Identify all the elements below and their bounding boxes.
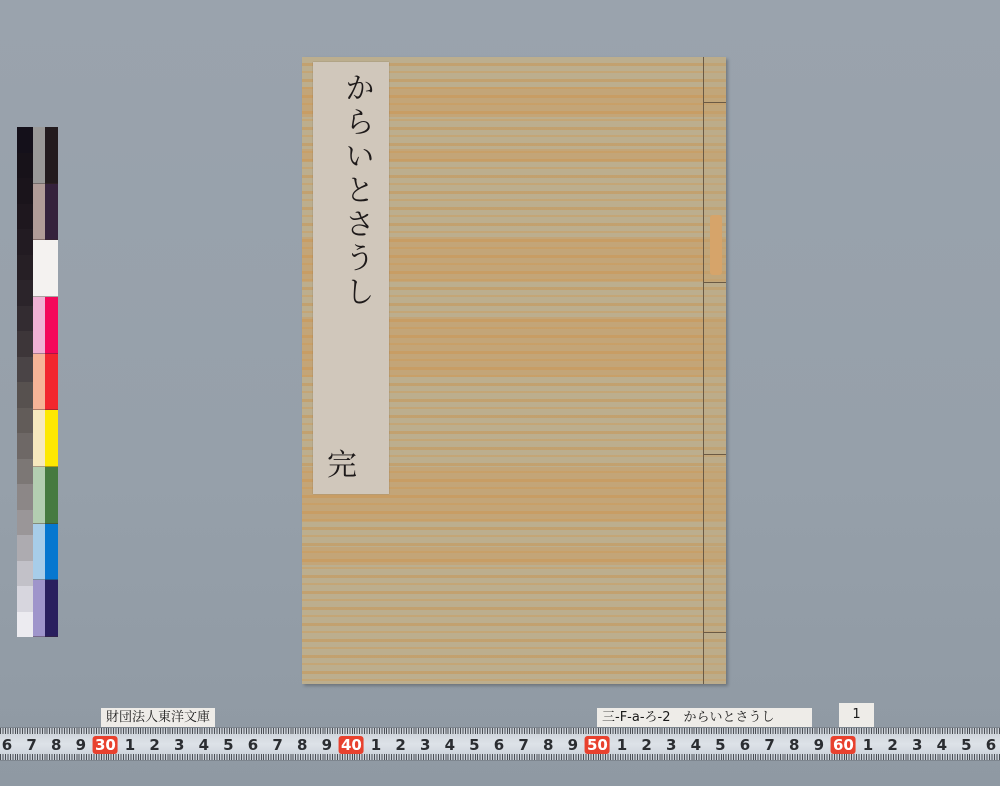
ruler-number: 8 [51, 736, 61, 754]
color-patch [45, 184, 58, 241]
color-patch [33, 240, 45, 297]
ruler-number: 2 [887, 736, 897, 754]
color-patch [33, 354, 45, 411]
color-patch [33, 524, 45, 581]
ruler-number: 3 [912, 736, 922, 754]
ruler-number: 2 [395, 736, 405, 754]
ruler-number: 6 [248, 736, 258, 754]
ruler-number: 8 [789, 736, 799, 754]
title-text: からいとさうし [329, 72, 373, 310]
color-patch [33, 127, 45, 184]
ruler-number: 3 [174, 736, 184, 754]
ruler-number: 40 [339, 736, 364, 754]
color-patch [45, 297, 58, 354]
ruler-number: 8 [543, 736, 553, 754]
binding-stitch [704, 102, 726, 103]
color-patch [17, 459, 33, 485]
color-strip-dark [45, 127, 58, 637]
binding-spine [703, 57, 726, 684]
ruler-number: 6 [494, 736, 504, 754]
color-patch [17, 229, 33, 255]
ruler-number: 30 [93, 736, 118, 754]
color-patch [45, 240, 58, 297]
color-patch [17, 433, 33, 459]
color-patch [17, 153, 33, 179]
ruler-number: 6 [986, 736, 996, 754]
color-patch [45, 127, 58, 184]
ruler-number: 7 [272, 736, 282, 754]
color-patch [17, 357, 33, 383]
ruler-number: 7 [26, 736, 36, 754]
measuring-ruler: 6789301234567894012345678950123456789601… [0, 727, 1000, 761]
ruler-number: 4 [445, 736, 455, 754]
color-patch [17, 612, 33, 638]
ruler-number: 5 [961, 736, 971, 754]
color-patch [33, 184, 45, 241]
title-suffix: 完 [327, 440, 357, 484]
color-patch [45, 524, 58, 581]
color-patch [17, 204, 33, 230]
ruler-number: 3 [420, 736, 430, 754]
color-patch [33, 467, 45, 524]
color-strip-light [33, 127, 45, 637]
ruler-ticks [0, 728, 1000, 734]
ruler-number: 9 [814, 736, 824, 754]
color-patch [17, 382, 33, 408]
color-patch [17, 535, 33, 561]
binding-stitch [704, 282, 726, 283]
ruler-number: 1 [863, 736, 873, 754]
color-patch [33, 297, 45, 354]
color-patch [45, 467, 58, 524]
color-patch [45, 354, 58, 411]
color-patch [45, 580, 58, 637]
color-patch [17, 306, 33, 332]
color-patch [17, 408, 33, 434]
grayscale-strip [17, 127, 33, 637]
ruler-number: 2 [641, 736, 651, 754]
ruler-number: 7 [764, 736, 774, 754]
color-patch [17, 586, 33, 612]
cover-band [302, 547, 726, 565]
ruler-number: 5 [469, 736, 479, 754]
title-label: からいとさうし 完 [313, 62, 389, 494]
institution-tag: 財団法人東洋文庫 [101, 708, 215, 727]
color-patch [33, 580, 45, 637]
ruler-number: 60 [831, 736, 856, 754]
ruler-number: 50 [585, 736, 610, 754]
color-patch [17, 178, 33, 204]
color-patch [17, 561, 33, 587]
ruler-number: 4 [691, 736, 701, 754]
color-patch [17, 331, 33, 357]
binding-stitch [704, 454, 726, 455]
color-patch [17, 255, 33, 281]
ruler-number: 9 [322, 736, 332, 754]
ruler-number: 9 [76, 736, 86, 754]
ruler-number: 6 [740, 736, 750, 754]
ruler-number: 4 [937, 736, 947, 754]
color-patch [17, 280, 33, 306]
color-patch [17, 127, 33, 153]
ruler-ticks [0, 754, 1000, 760]
ruler-number: 3 [666, 736, 676, 754]
catalog-tag: 三-F-a-ろ-2 からいとさうし [597, 708, 812, 727]
ruler-number: 8 [297, 736, 307, 754]
ruler-number: 5 [223, 736, 233, 754]
ruler-number: 6 [2, 736, 12, 754]
binding-stitch [704, 632, 726, 633]
ruler-number: 4 [199, 736, 209, 754]
ruler-number: 5 [715, 736, 725, 754]
ruler-number: 1 [125, 736, 135, 754]
volume-tag: 1 [839, 703, 874, 727]
color-calibration-chart [17, 127, 60, 637]
ruler-number: 9 [568, 736, 578, 754]
book-cover: からいとさうし 完 [302, 57, 726, 684]
ruler-number: 2 [149, 736, 159, 754]
worn-patch [710, 215, 722, 275]
ruler-number: 1 [371, 736, 381, 754]
ruler-number: 7 [518, 736, 528, 754]
color-patch [17, 484, 33, 510]
color-patch [17, 510, 33, 536]
ruler-number: 1 [617, 736, 627, 754]
color-patch [45, 410, 58, 467]
color-patch [33, 410, 45, 467]
